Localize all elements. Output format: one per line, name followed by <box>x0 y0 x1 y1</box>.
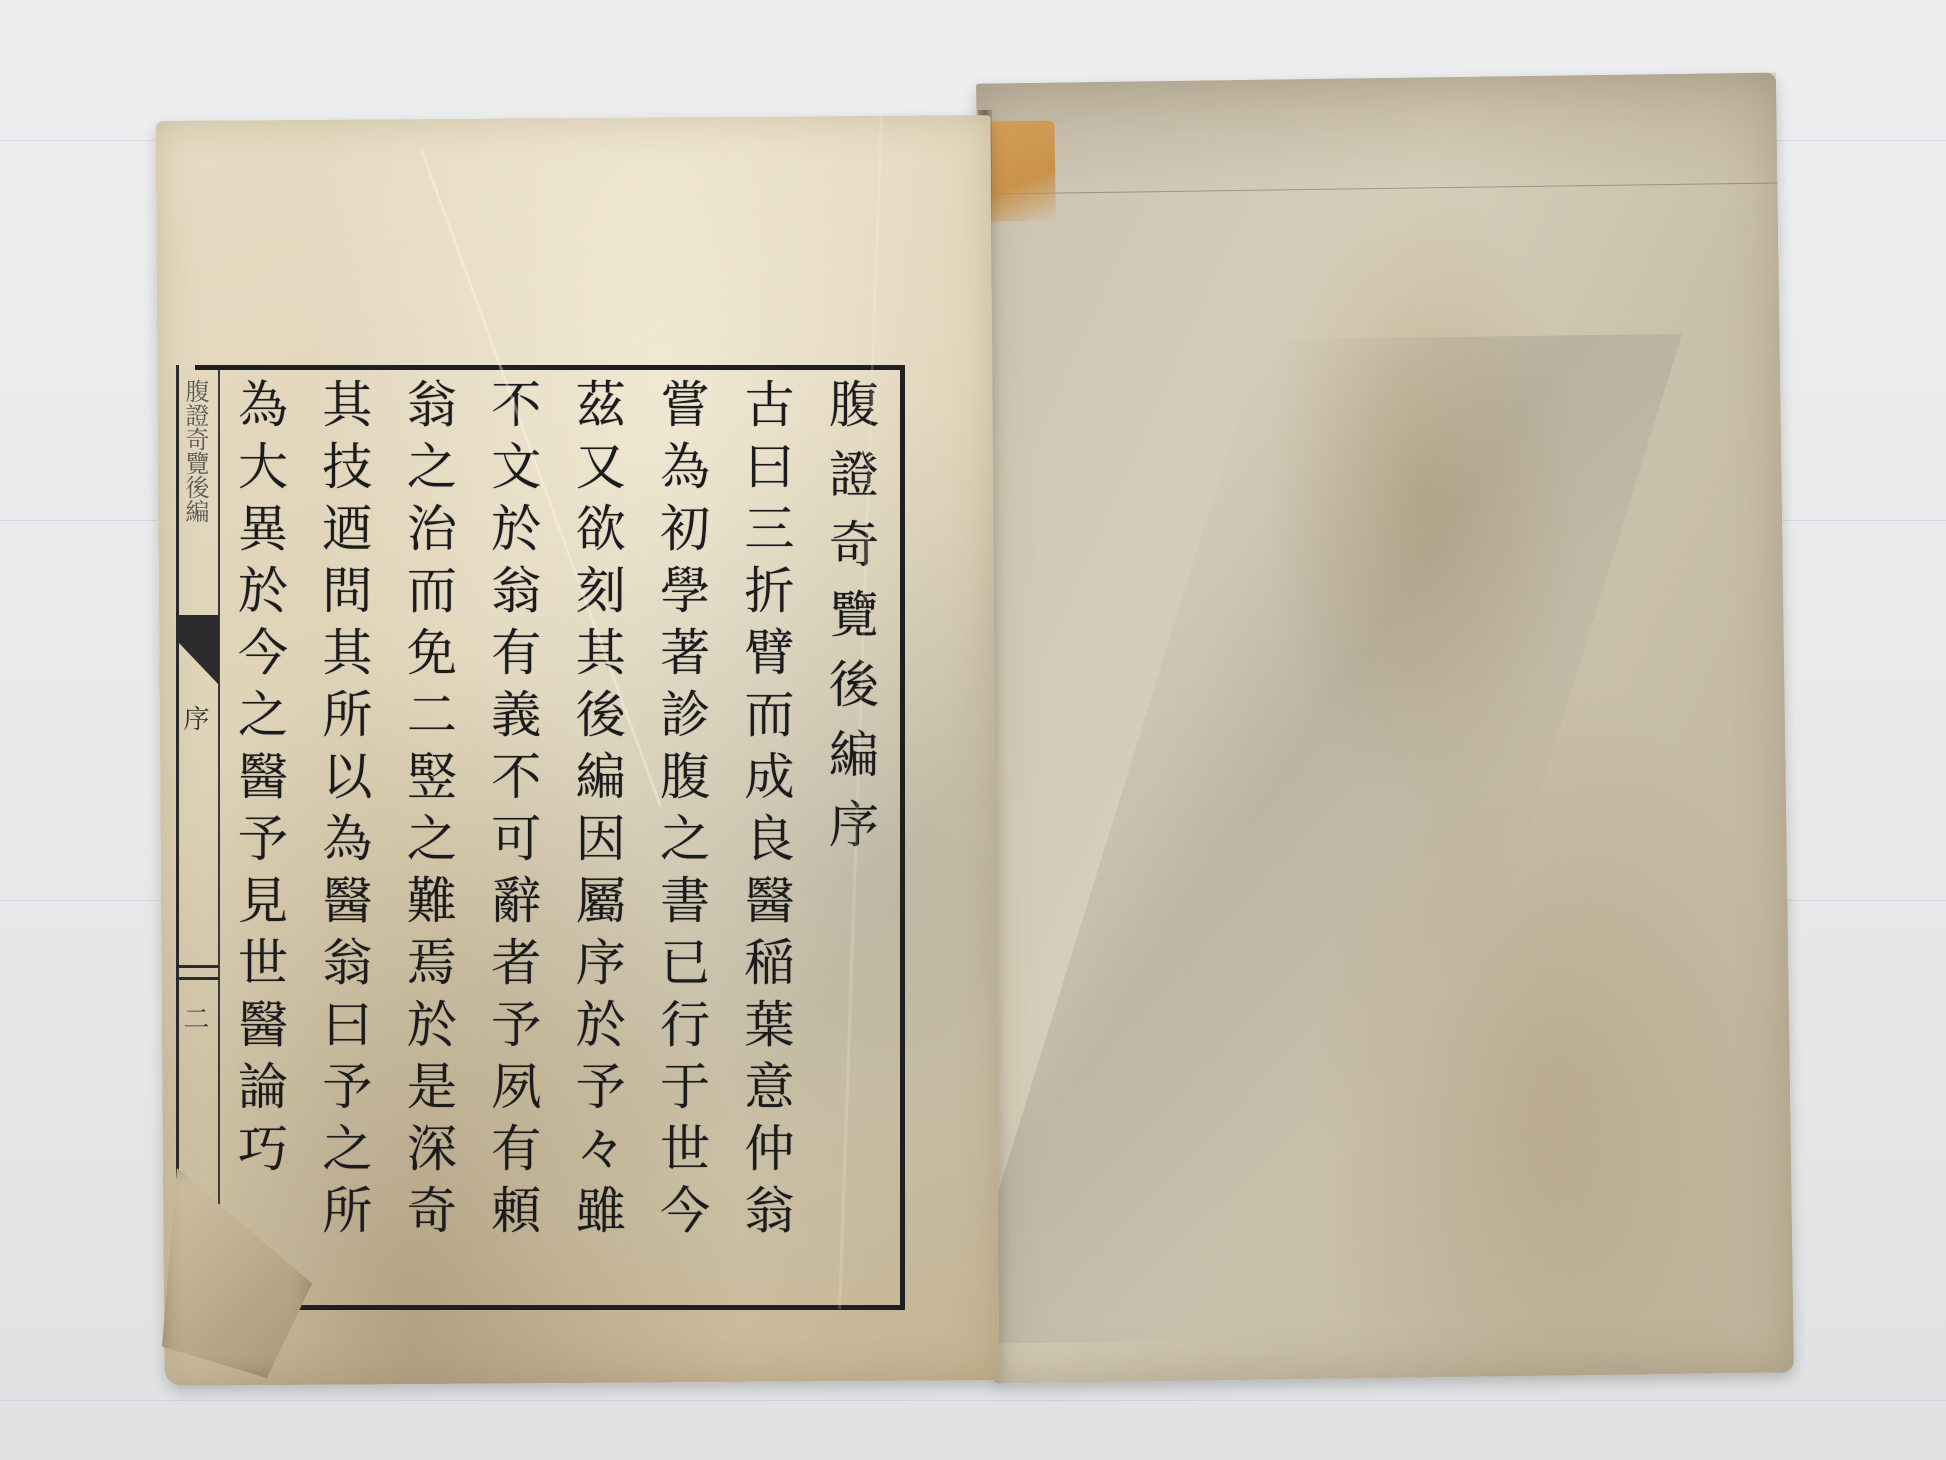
text-column: 茲又欲刻其後編因屬序於予々雖 <box>560 378 634 1298</box>
text-column: 不文於翁有義不可辭者予夙有頼 <box>475 378 549 1298</box>
orange-stain <box>984 121 1055 222</box>
text-column: 古曰三折臂而成良醫稲葉意仲翁 <box>729 378 803 1298</box>
text-column: 其技迺問其所以為醫翁曰予之所 <box>306 378 380 1298</box>
text-column: 嘗為初學著診腹之書已行于世今 <box>644 378 718 1298</box>
right-page-blank <box>976 72 1794 1383</box>
text-column: 為大異於今之醫予見世醫論巧 <box>222 378 296 1298</box>
preface-title: 腹證奇覽後編序 <box>813 378 887 1298</box>
top-edge-discoloration <box>976 72 1777 194</box>
open-book: 腹證奇覽後編 序 二 腹證奇覽後編序 古曰三折臂而成良醫稲葉意仲翁 嘗為初學著診… <box>0 0 1946 1460</box>
diagonal-fold-shadow <box>951 334 1682 1344</box>
text-column: 翁之治而免二竪之難焉於是深奇 <box>391 378 465 1298</box>
